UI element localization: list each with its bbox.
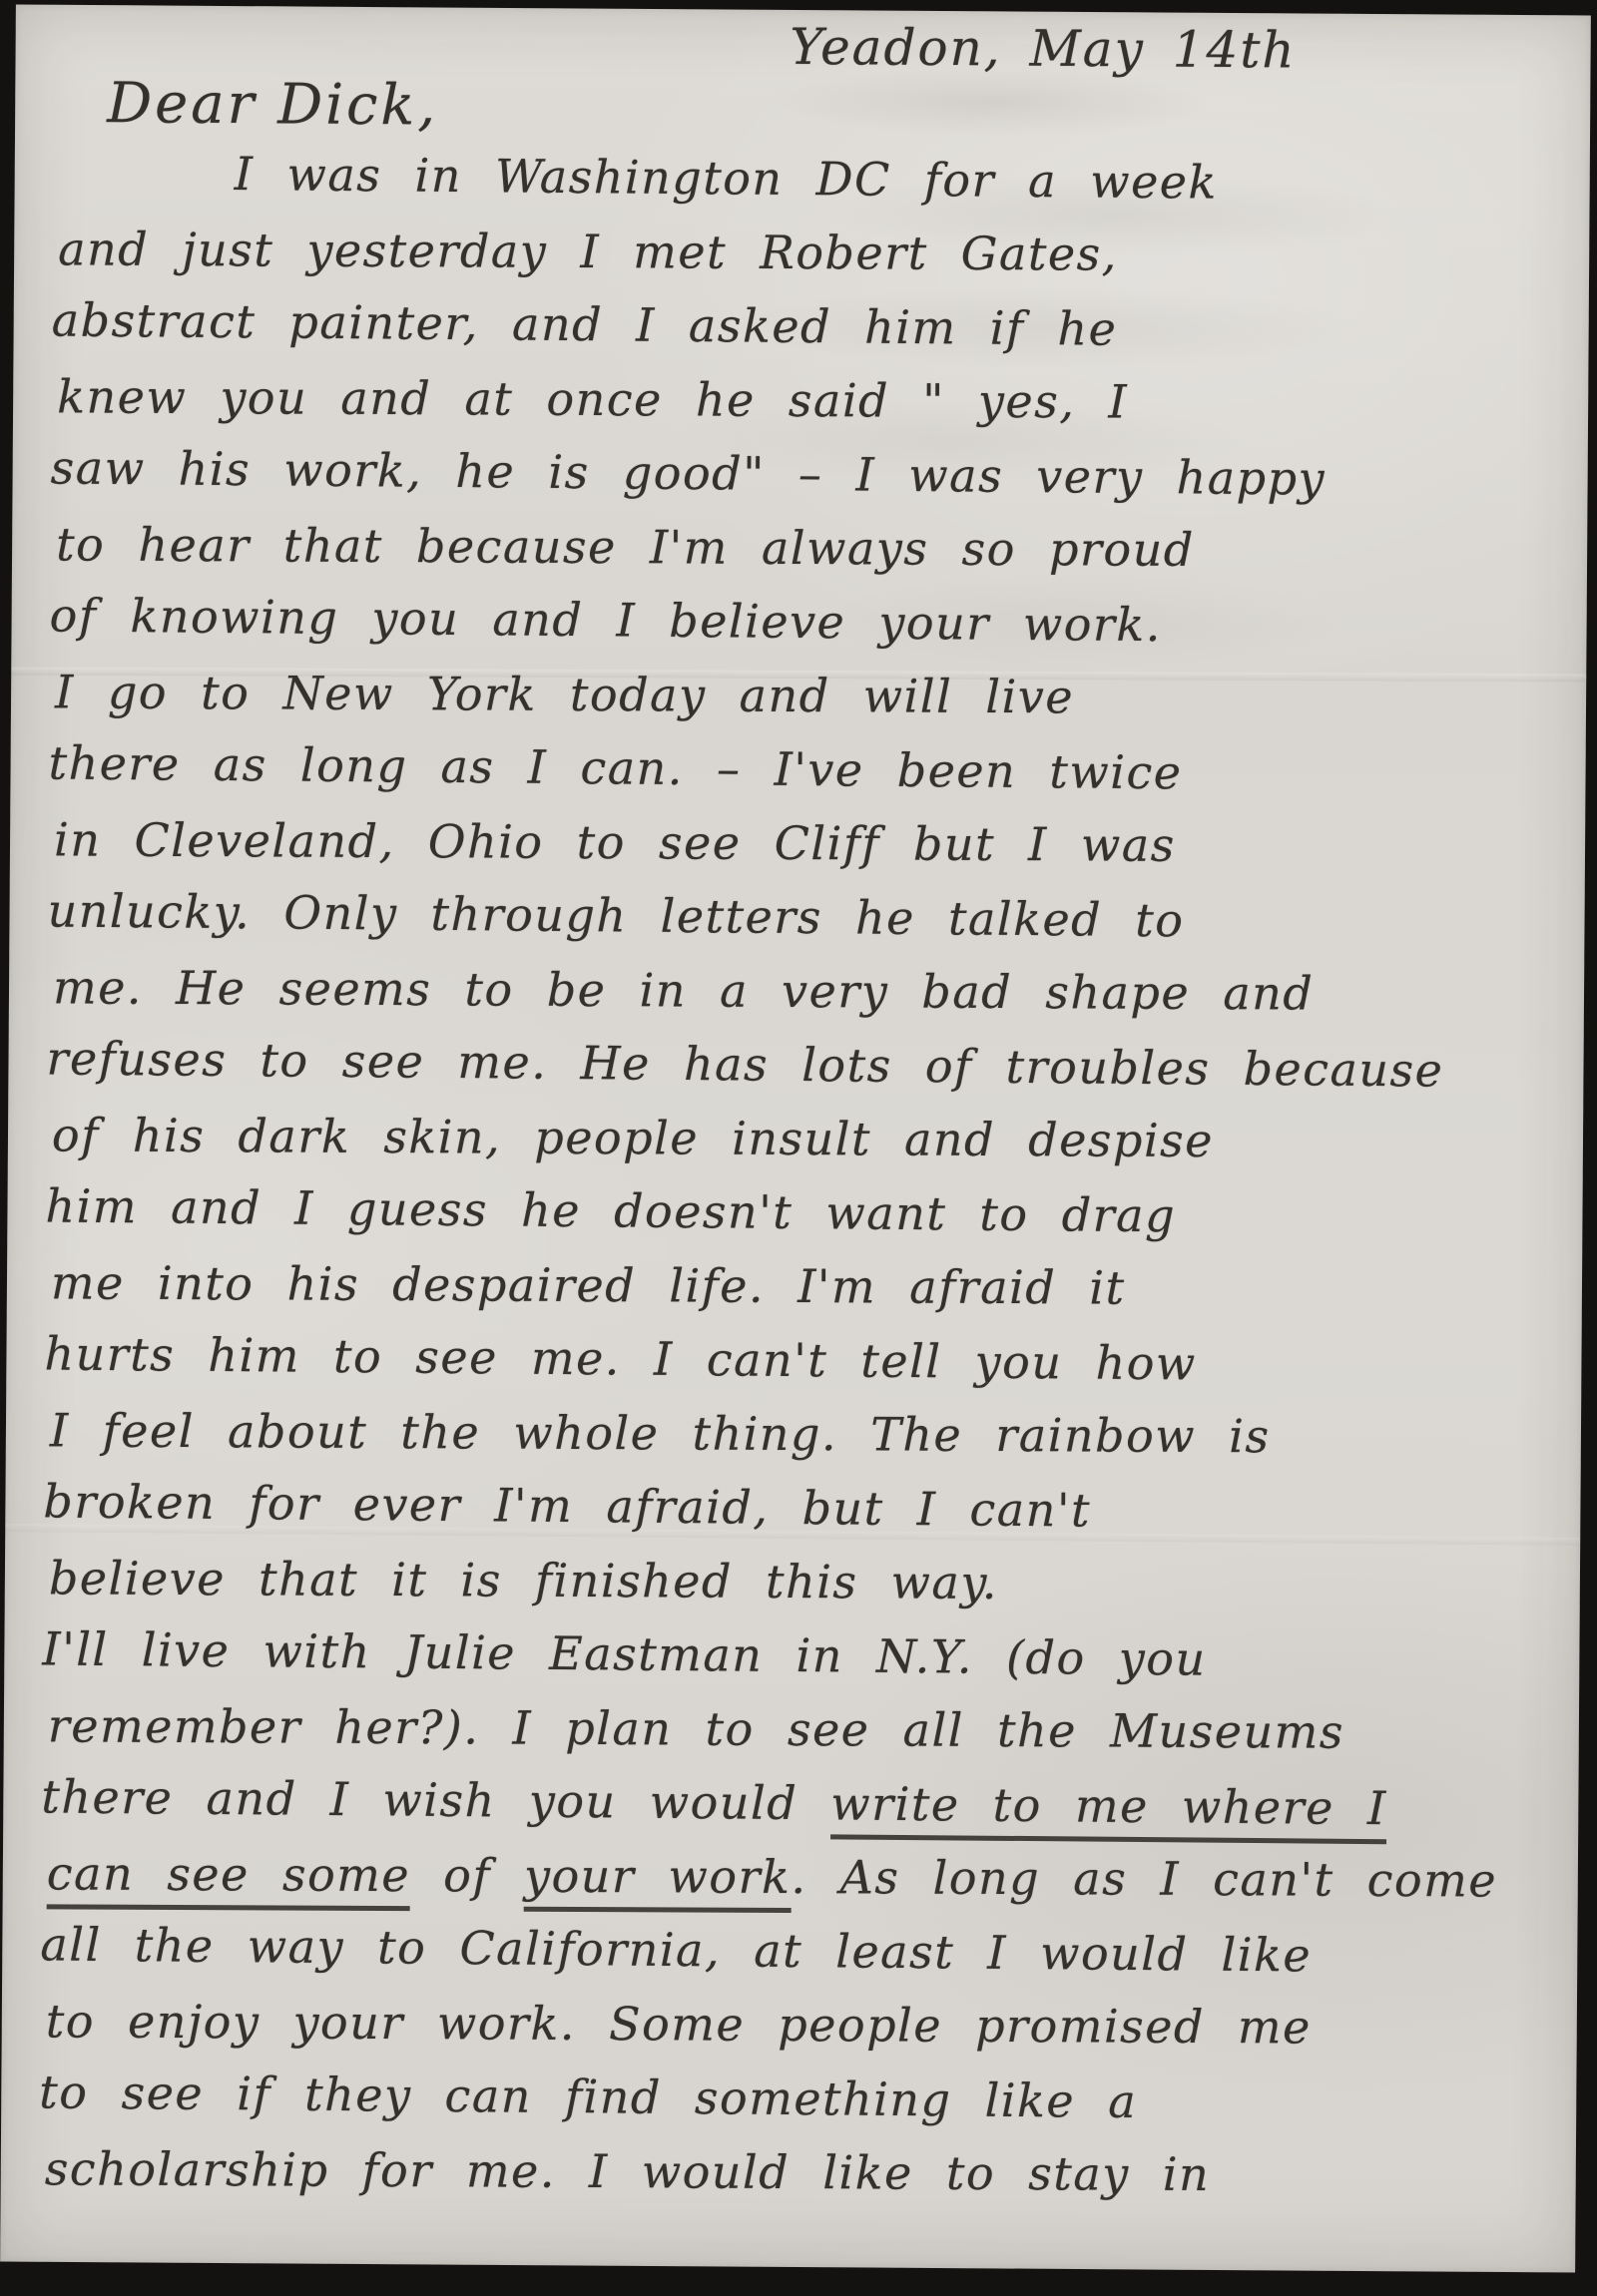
letter-line: saw his work, he is good" – I was very h… — [50, 430, 1550, 517]
letter-text: I feel about the whole thing. The rainbo… — [50, 1403, 1271, 1463]
letter-text: there and I wish you would — [41, 1769, 830, 1830]
letter-line: believe that it is finished this way. — [49, 1541, 1548, 1621]
letter-text: I go to New York today and will live — [55, 665, 1074, 723]
letter-text: of his dark skin, people insult and desp… — [52, 1108, 1214, 1167]
letter-text: I was in Washington DC for a week — [235, 147, 1219, 210]
letter-text: all the way to California, at least I wo… — [40, 1917, 1312, 1982]
letter-text: scholarship for me. I would like to stay… — [45, 2141, 1211, 2201]
salutation: Dear Dick, — [107, 71, 438, 138]
letter-line: abstract painter, and I asked him if he — [51, 282, 1551, 369]
letter-line: him and I guess he doesn't want to drag — [45, 1168, 1545, 1255]
letter-line: I go to New York today and will live — [55, 655, 1554, 735]
letter-line: to enjoy your work. Some people promised… — [46, 1984, 1545, 2065]
letter-text: to hear that because I'm always so proud — [56, 517, 1195, 577]
letter-text: I'll live with Julie Eastman in N.Y. (do… — [42, 1621, 1207, 1685]
letter-line: I was in Washington DC for a week — [52, 135, 1552, 222]
letter-text: refuses to see me. He has lots of troubl… — [46, 1031, 1443, 1097]
letter-text: knew you and at once he said " yes, I — [57, 369, 1128, 428]
underlined-phrase: your work — [524, 1849, 792, 1913]
letter-line: in Cleveland, Ohio to see Cliff but I wa… — [54, 802, 1553, 883]
letter-text: believe that it is finished this way. — [49, 1551, 998, 1609]
letter-line: hurts him to see me. I can't tell you ho… — [44, 1316, 1544, 1403]
letter-text: broken for ever I'm afraid, but I can't — [43, 1474, 1091, 1537]
letter-line: can see some of your work. As long as I … — [47, 1836, 1546, 1917]
letter-line: unlucky. Only through letters he talked … — [47, 873, 1547, 960]
letter-line: I feel about the whole thing. The rainbo… — [50, 1393, 1549, 1474]
letter-text: in Cleveland, Ohio to see Cliff but I wa… — [54, 812, 1176, 871]
letter-body: I was in Washington DC for a weekand jus… — [41, 137, 1554, 2214]
letter-text: . As long as I can't come — [791, 1850, 1497, 1907]
letter-text: to enjoy your work. Some people promised… — [46, 1994, 1312, 2054]
letter-line: knew you and at once he said " yes, I — [57, 359, 1556, 440]
letter-line: scholarship for me. I would like to stay… — [45, 2131, 1544, 2212]
letter-line: there and I wish you would write to me w… — [41, 1759, 1541, 1846]
letter-text: and just yesterday I met Robert Gates, — [58, 222, 1118, 280]
letter-line: to hear that because I'm always so proud — [56, 507, 1555, 588]
letter-text: me into his despaired life. I'm afraid i… — [51, 1255, 1126, 1314]
letter-text: there as long as I can. – I've been twic… — [48, 735, 1182, 799]
letter-line: of knowing you and I believe your work. — [49, 578, 1549, 665]
letter-text: unlucky. Only through letters he talked … — [47, 883, 1184, 947]
letter-paper: Yeadon, May 14th Dear Dick, I was in Was… — [0, 5, 1591, 2273]
letter-text: hurts him to see me. I can't tell you ho… — [44, 1326, 1197, 1390]
letter-text: remember her?). I plan to see all the Mu… — [48, 1698, 1344, 1758]
letter-line: remember her?). I plan to see all the Mu… — [48, 1688, 1547, 1769]
letter-line: broken for ever I'm afraid, but I can't — [43, 1464, 1543, 1551]
letter-line: to see if they can find something like a — [39, 2055, 1539, 2141]
letter-text: of knowing you and I believe your work. — [49, 588, 1162, 652]
letter-line: I'll live with Julie Eastman in N.Y. (do… — [42, 1611, 1542, 1698]
letter-text: him and I guess he doesn't want to drag — [45, 1178, 1176, 1242]
letter-line: and just yesterday I met Robert Gates, — [58, 212, 1557, 292]
underlined-phrase: can see some — [47, 1846, 411, 1911]
letter-text: of — [410, 1848, 524, 1903]
letter-text: me. He seems to be in a very bad shape a… — [53, 960, 1314, 1020]
underlined-phrase: write to me where I — [830, 1776, 1387, 1844]
letter-line: me. He seems to be in a very bad shape a… — [53, 950, 1552, 1031]
letter-line: of his dark skin, people insult and desp… — [52, 1098, 1551, 1178]
scan-background: Yeadon, May 14th Dear Dick, I was in Was… — [0, 0, 1597, 2296]
letter-line: all the way to California, at least I wo… — [40, 1907, 1540, 1994]
letter-line: there as long as I can. – I've been twic… — [48, 725, 1548, 812]
letter-text: saw his work, he is good" – I was very h… — [50, 440, 1326, 505]
letter-line: refuses to see me. He has lots of troubl… — [46, 1021, 1546, 1108]
letter-text: to see if they can find something like a — [39, 2065, 1137, 2128]
letter-line: me into his despaired life. I'm afraid i… — [51, 1245, 1550, 1326]
letter-text: abstract painter, and I asked him if he — [51, 292, 1117, 355]
